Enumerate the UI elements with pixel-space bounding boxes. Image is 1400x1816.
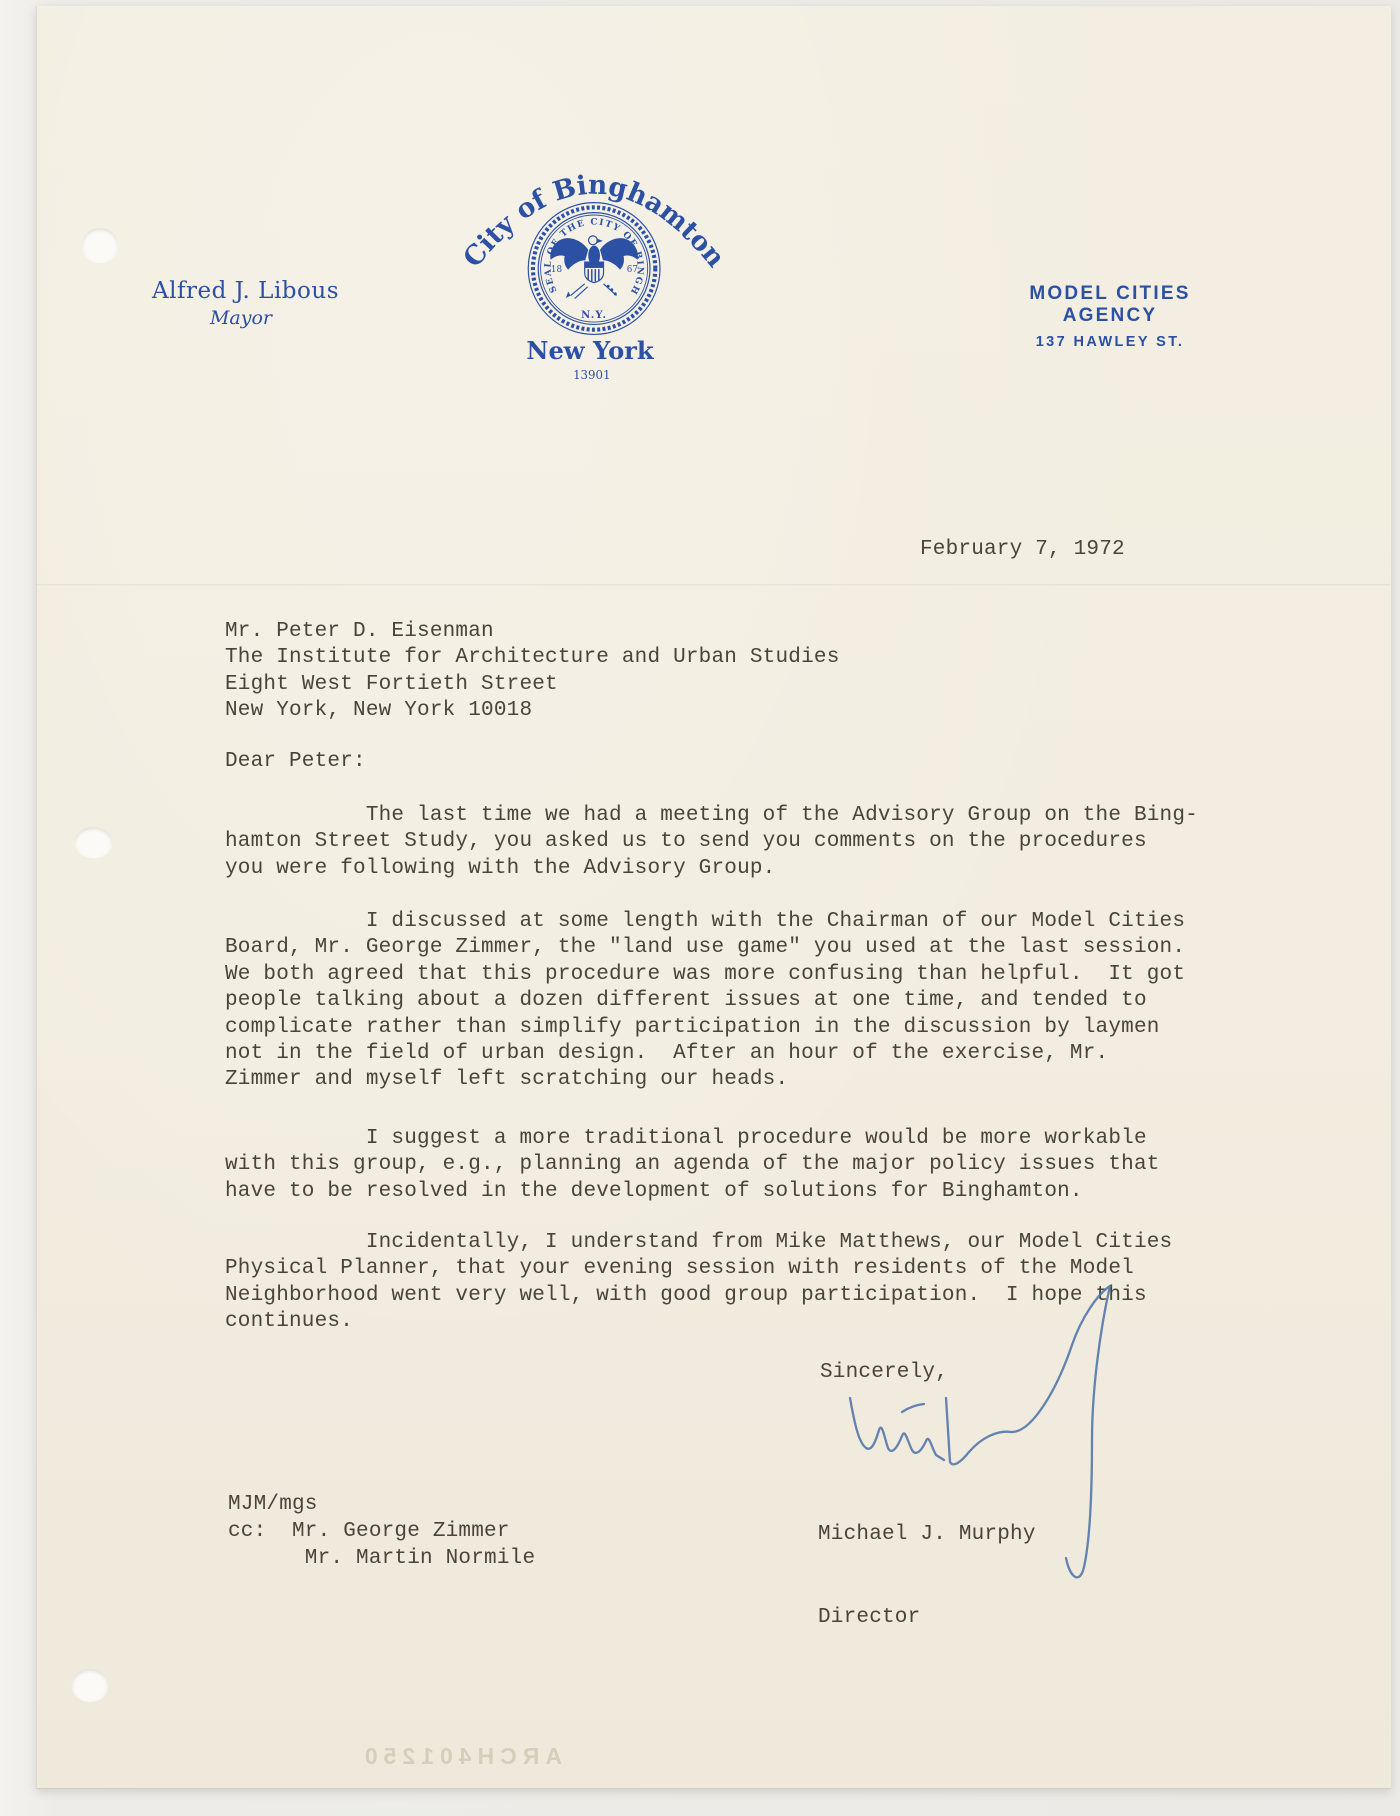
text-line: The Institute for Architecture and Urban… [225,645,840,671]
signer-title: Director [818,1604,1036,1632]
text-line: I suggest a more traditional procedure w… [225,1126,1160,1152]
text-line: Eight West Fortieth Street [225,672,840,698]
signature-block: Michael J. Murphy Director [818,1466,1036,1686]
reference-block: MJM/mgscc: Mr. George Zimmer Mr. Martin … [228,1492,535,1572]
body-paragraph: I discussed at some length with the Chai… [225,909,1185,1094]
mayor-name: Alfred J. Libous [152,278,339,304]
signer-name: Michael J. Murphy [818,1521,1036,1549]
mayor-title: Mayor [152,307,330,329]
text-line: with this group, e.g., planning an agend… [225,1152,1160,1178]
punch-hole [75,827,112,857]
text-line: Incidentally, I understand from Mike Mat… [225,1230,1172,1256]
text-line: Board, Mr. George Zimmer, the "land use … [225,935,1185,961]
body-paragraph: The last time we had a meeting of the Ad… [225,803,1198,882]
punch-hole [82,228,118,262]
text-line: complicate rather than simplify particip… [225,1015,1185,1041]
state-name: New York [526,336,654,365]
text-line: cc: Mr. George Zimmer [228,1519,535,1546]
bleed-through-text: ARCH401250 [378,1743,562,1770]
seal-year-left: 18 [551,265,563,275]
scanned-letter: City of Binghamton SEAL OF THE CITY OF B… [0,0,1400,1816]
text-line: you were following with the Advisory Gro… [225,856,1198,882]
text-line: We both agreed that this procedure was m… [225,962,1185,988]
text-line: hamton Street Study, you asked us to sen… [225,829,1198,855]
text-line: Mr. Peter D. Eisenman [225,619,840,645]
text-line: Mr. Martin Normile [228,1546,535,1573]
text-line: Zimmer and myself left scratching our he… [225,1067,1185,1093]
fold-crease [36,584,1390,587]
body-paragraph: I suggest a more traditional procedure w… [225,1126,1160,1205]
zip-code: 13901 [573,368,610,382]
text-line: The last time we had a meeting of the Ad… [225,803,1198,829]
text-line: have to be resolved in the development o… [225,1179,1160,1205]
seal-ny-text: N.Y. [581,310,607,321]
text-line: I discussed at some length with the Chai… [225,909,1185,935]
agency-block: MODEL CITIES AGENCY 137 HAWLEY ST. [986,283,1234,350]
text-line: MJM/mgs [228,1492,535,1519]
eagle-icon [550,236,638,299]
seal-year-right: 67 [627,265,638,275]
agency-name: MODEL CITIES AGENCY [986,283,1234,327]
salutation: Dear Peter: [225,749,366,775]
text-line: New York, New York 10018 [225,698,840,724]
agency-address: 137 HAWLEY ST. [986,334,1234,350]
text-line: people talking about a dozen different i… [225,988,1185,1014]
text-line: not in the field of urban design. After … [225,1041,1185,1067]
punch-hole [72,1669,108,1701]
letterhead-graphic: City of Binghamton SEAL OF THE CITY OF B… [420,95,1020,505]
date-line: February 7, 1972 [920,537,1125,563]
recipient-address: Mr. Peter D. EisenmanThe Institute for A… [225,619,840,725]
